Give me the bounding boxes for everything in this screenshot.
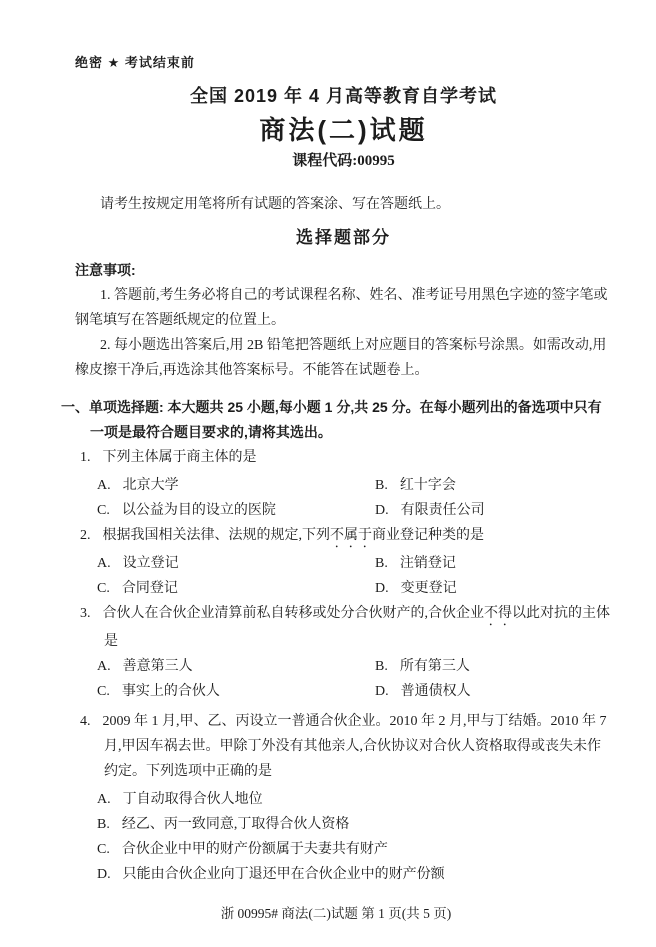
answer-sheet-instruction: 请考生按规定用笔将所有试题的答案涂、写在答题纸上。 xyxy=(75,192,612,217)
option-text: 注销登记 xyxy=(400,556,456,571)
option-label: C. xyxy=(97,581,110,596)
question-2: 2.根据我国相关法律、法规的规定,下列不属于商业登记种类的是 A.设立登记 B.… xyxy=(75,523,612,601)
option-a: A.善意第三人 xyxy=(97,654,375,679)
option-c: C.合同登记 xyxy=(97,576,375,601)
part-one-heading: 一、单项选择题: 本大题共 25 小题,每小题 1 分,共 25 分。在每小题列… xyxy=(61,395,612,445)
option-text: 北京大学 xyxy=(123,478,179,493)
option-label: D. xyxy=(375,503,389,518)
option-label: B. xyxy=(375,478,388,493)
section-title: 选择题部分 xyxy=(75,225,612,251)
options-list: A.设立登记 B.注销登记 C.合同登记 D.变更登记 xyxy=(75,551,612,601)
option-b: B.红十字会 xyxy=(375,473,612,498)
exam-title: 全国 2019 年 4 月高等教育自学考试 xyxy=(75,84,612,108)
option-label: B. xyxy=(97,817,110,832)
option-text: 红十字会 xyxy=(400,478,456,493)
option-label: D. xyxy=(375,581,389,596)
option-label: C. xyxy=(97,842,110,857)
question-number: 3. xyxy=(80,606,91,621)
notes-title: 注意事项: xyxy=(75,258,612,283)
option-text: 事实上的合伙人 xyxy=(122,684,220,699)
option-label: A. xyxy=(97,556,111,571)
option-d: D.普通债权人 xyxy=(375,679,612,704)
question-stem: 3.合伙人在合伙企业清算前私自转移或处分合伙财产的,合伙企业不得以此对抗的主体是 xyxy=(75,601,612,654)
option-a: A.北京大学 xyxy=(97,473,375,498)
question-4: 4.2009 年 1 月,甲、乙、丙设立一普通合伙企业。2010 年 2 月,甲… xyxy=(75,709,612,887)
option-b: B.注销登记 xyxy=(375,551,612,576)
option-text: 合同登记 xyxy=(122,581,178,596)
option-text: 只能由合伙企业向丁退还甲在合伙企业中的财产份额 xyxy=(123,867,445,882)
option-text: 有限责任公司 xyxy=(401,503,485,518)
option-text: 丁自动取得合伙人地位 xyxy=(123,792,263,807)
option-c: C.事实上的合伙人 xyxy=(97,679,375,704)
question-number: 2. xyxy=(80,528,91,543)
option-text: 经乙、丙一致同意,丁取得合伙人资格 xyxy=(122,817,350,832)
question-stem-text: 2009 年 1 月,甲、乙、丙设立一普通合伙企业。2010 年 2 月,甲与丁… xyxy=(103,714,607,779)
question-3: 3.合伙人在合伙企业清算前私自转移或处分合伙财产的,合伙企业不得以此对抗的主体是… xyxy=(75,601,612,704)
options-list: A.丁自动取得合伙人地位 B.经乙、丙一致同意,丁取得合伙人资格 C.合伙企业中… xyxy=(75,787,612,887)
question-stem-text: 下列主体属于商主体的是 xyxy=(103,450,257,465)
option-a: A.设立登记 xyxy=(97,551,375,576)
option-text: 合伙企业中甲的财产份额属于夫妻共有财产 xyxy=(122,842,388,857)
question-stem-text: 根据我国相关法律、法规的规定,下列 xyxy=(103,528,331,543)
question-stem-text-after: 商业登记种类的是 xyxy=(372,528,484,543)
question-number: 4. xyxy=(80,714,91,729)
option-d: D.有限责任公司 xyxy=(375,498,612,523)
course-code: 课程代码:00995 xyxy=(75,150,612,172)
option-label: D. xyxy=(375,684,389,699)
option-d: D.变更登记 xyxy=(375,576,612,601)
question-stem: 2.根据我国相关法律、法规的规定,下列不属于商业登记种类的是 xyxy=(75,523,612,551)
option-text: 变更登记 xyxy=(401,581,457,596)
question-stem-text: 合伙人在合伙企业清算前私自转移或处分合伙财产的,合伙企业 xyxy=(103,606,485,621)
options-list: A.北京大学 B.红十字会 C.以公益为目的设立的医院 D.有限责任公司 xyxy=(75,473,612,523)
option-label: C. xyxy=(97,684,110,699)
option-b: B.所有第三人 xyxy=(375,654,612,679)
question-stem: 4.2009 年 1 月,甲、乙、丙设立一普通合伙企业。2010 年 2 月,甲… xyxy=(75,709,612,787)
option-text: 设立登记 xyxy=(123,556,179,571)
option-label: B. xyxy=(375,556,388,571)
options-list: A.善意第三人 B.所有第三人 C.事实上的合伙人 D.普通债权人 xyxy=(75,654,612,704)
option-a: A.丁自动取得合伙人地位 xyxy=(97,787,612,812)
option-c: C.合伙企业中甲的财产份额属于夫妻共有财产 xyxy=(97,837,612,862)
note-item-2: 2. 每小题选出答案后,用 2B 铅笔把答题纸上对应题目的答案标号涂黑。如需改动… xyxy=(75,333,612,383)
paper-title: 商法(二)试题 xyxy=(75,112,612,148)
question-number: 1. xyxy=(80,450,91,465)
note-item-1: 1. 答题前,考生务必将自己的考试课程名称、姓名、准考证号用黑色字迹的签字笔或钢… xyxy=(75,283,612,333)
question-1: 1.下列主体属于商主体的是 A.北京大学 B.红十字会 C.以公益为目的设立的医… xyxy=(75,445,612,523)
security-label: 绝密 ★ 考试结束前 xyxy=(75,54,612,72)
option-label: C. xyxy=(97,503,110,518)
exam-paper-page: 绝密 ★ 考试结束前 全国 2019 年 4 月高等教育自学考试 商法(二)试题… xyxy=(0,0,656,947)
option-text: 普通债权人 xyxy=(401,684,471,699)
question-stem-emphasis: 不属于 xyxy=(330,528,372,543)
option-label: D. xyxy=(97,867,111,882)
option-label: A. xyxy=(97,478,111,493)
option-text: 以公益为目的设立的医院 xyxy=(122,503,276,518)
page-footer: 浙 00995# 商法(二)试题 第 1 页(共 5 页) xyxy=(60,901,612,926)
option-text: 所有第三人 xyxy=(400,659,470,674)
option-text: 善意第三人 xyxy=(123,659,193,674)
option-label: A. xyxy=(97,659,111,674)
option-label: A. xyxy=(97,792,111,807)
option-d: D.只能由合伙企业向丁退还甲在合伙企业中的财产份额 xyxy=(97,862,612,887)
option-c: C.以公益为目的设立的医院 xyxy=(97,498,375,523)
option-b: B.经乙、丙一致同意,丁取得合伙人资格 xyxy=(97,812,612,837)
question-stem-emphasis: 不得 xyxy=(484,606,512,621)
option-label: B. xyxy=(375,659,388,674)
question-stem: 1.下列主体属于商主体的是 xyxy=(75,445,612,473)
